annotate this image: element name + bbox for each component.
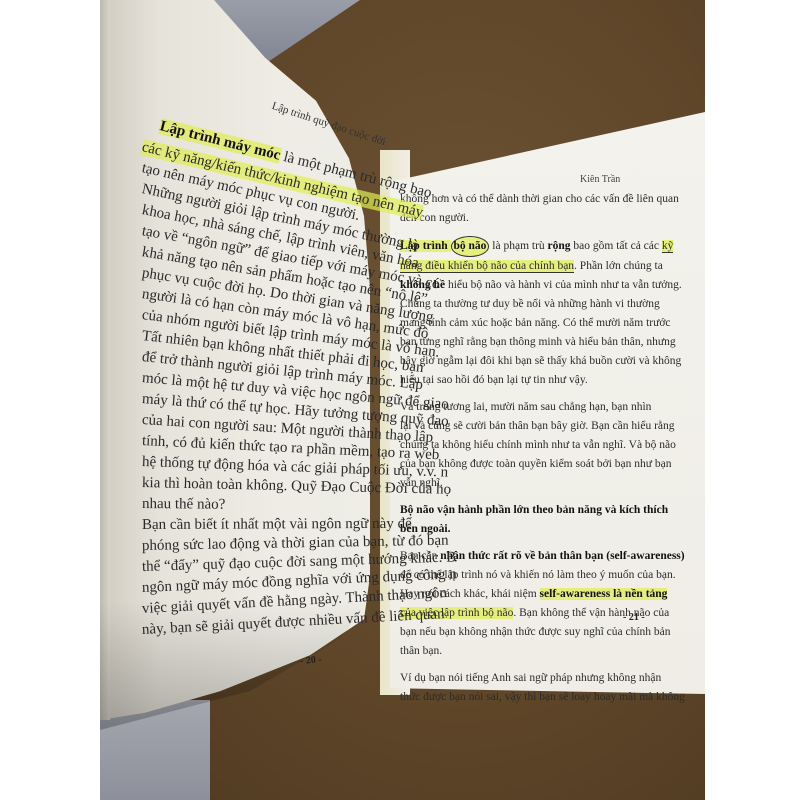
text-span: rộng (548, 240, 571, 252)
highlighted-text: kỹ (662, 240, 674, 253)
left-text-line: nhau thế nào? (142, 496, 225, 514)
left-text-line: Bạn cần biết ít nhất một vài ngôn ngữ nà… (142, 516, 412, 534)
text-span: Bộ não vận hành phần lớn theo bản năng v… (400, 504, 668, 516)
text-line: bây giờ ngẫm lại đôi khi bạn sẽ thấy khá… (400, 352, 690, 371)
text-span: hiểu bộ não và hành vi của mình như ta v… (445, 279, 682, 291)
text-line: mang tính cảm xúc hoặc bản năng. Có thể … (400, 314, 690, 333)
text-span: bây giờ ngẫm lại đôi khi bạn sẽ thấy khá… (400, 355, 681, 367)
text-span: hiểu tại sao hồi đó bạn lại tự tin như v… (400, 374, 588, 386)
paragraph: Lập trình bộ não là phạm trù rộng bao gồ… (400, 236, 690, 390)
right-page-text: không hơn và có thể dành thời gian cho c… (400, 190, 690, 715)
text-span: nhận thức rất rõ về bản thân bạn (self-a… (440, 550, 684, 562)
text-span: Chúng ta thường tư duy bề nổi và những h… (400, 298, 660, 310)
text-span: . Phần lớn chúng ta (574, 260, 663, 272)
text-span: bạn nếu bạn không nhận thức được suy ngh… (400, 626, 671, 638)
paragraph: Ví dụ bạn nói tiếng Anh sai ngữ pháp như… (400, 669, 690, 707)
text-line: không hề hiểu bộ não và hành vi của mình… (400, 276, 690, 295)
text-span: thân bạn. (400, 645, 442, 657)
text-line: Bộ não vận hành phần lớn theo bản năng v… (400, 501, 690, 520)
text-span: bạn từng nghĩ rằng bạn thông minh và hiể… (400, 336, 676, 348)
page-number-21: - 21 - (623, 612, 645, 623)
text-line: chúng ta không hiểu chính mình như ta vẫ… (400, 436, 690, 455)
paragraph: không hơn và có thể dành thời gian cho c… (400, 190, 690, 228)
text-line: đến con người. (400, 209, 690, 228)
text-line: bạn từng nghĩ rằng bạn thông minh và hiể… (400, 333, 690, 352)
text-line: Lập trình bộ não là phạm trù rộng bao gồ… (400, 236, 690, 257)
highlighted-text: self-awareness là nền tảng (540, 588, 668, 600)
text-line: không hơn và có thể dành thời gian cho c… (400, 190, 690, 209)
text-line: Chúng ta thường tư duy bề nổi và những h… (400, 295, 690, 314)
text-span: bao gồm tất cả các (571, 240, 662, 252)
right-running-header: Kiên Trần (580, 174, 620, 185)
text-span: Ví dụ bạn nói tiếng Anh sai ngữ pháp như… (400, 672, 661, 684)
text-line: thân bạn. (400, 642, 690, 661)
text-line: Ví dụ bạn nói tiếng Anh sai ngữ pháp như… (400, 669, 690, 688)
text-span: mang tính cảm xúc hoặc bản năng. Có thể … (400, 317, 671, 329)
text-line: thức được bạn nói sai, vậy thì bạn sẽ lo… (400, 688, 690, 707)
text-line: năng điều khiển bộ não của chính bạn. Ph… (400, 257, 690, 276)
highlighted-text: bộ não (451, 236, 490, 257)
highlighted-text: năng điều khiển bộ não của chính bạn (400, 260, 574, 273)
text-line: bạn nếu bạn không nhận thức được suy ngh… (400, 623, 690, 642)
text-line: hiểu tại sao hồi đó bạn lại tự tin như v… (400, 371, 690, 390)
text-span: là phạm trù (489, 240, 547, 252)
text-span: . Bạn không thể vận hành não của (513, 607, 669, 619)
book-photo: Kiên Trần không hơn và có thể dành thời … (100, 0, 705, 800)
text-span: chúng ta không hiểu chính mình như ta vẫ… (400, 439, 676, 451)
text-span: thức được bạn nói sai, vậy thì bạn sẽ lo… (400, 691, 685, 703)
